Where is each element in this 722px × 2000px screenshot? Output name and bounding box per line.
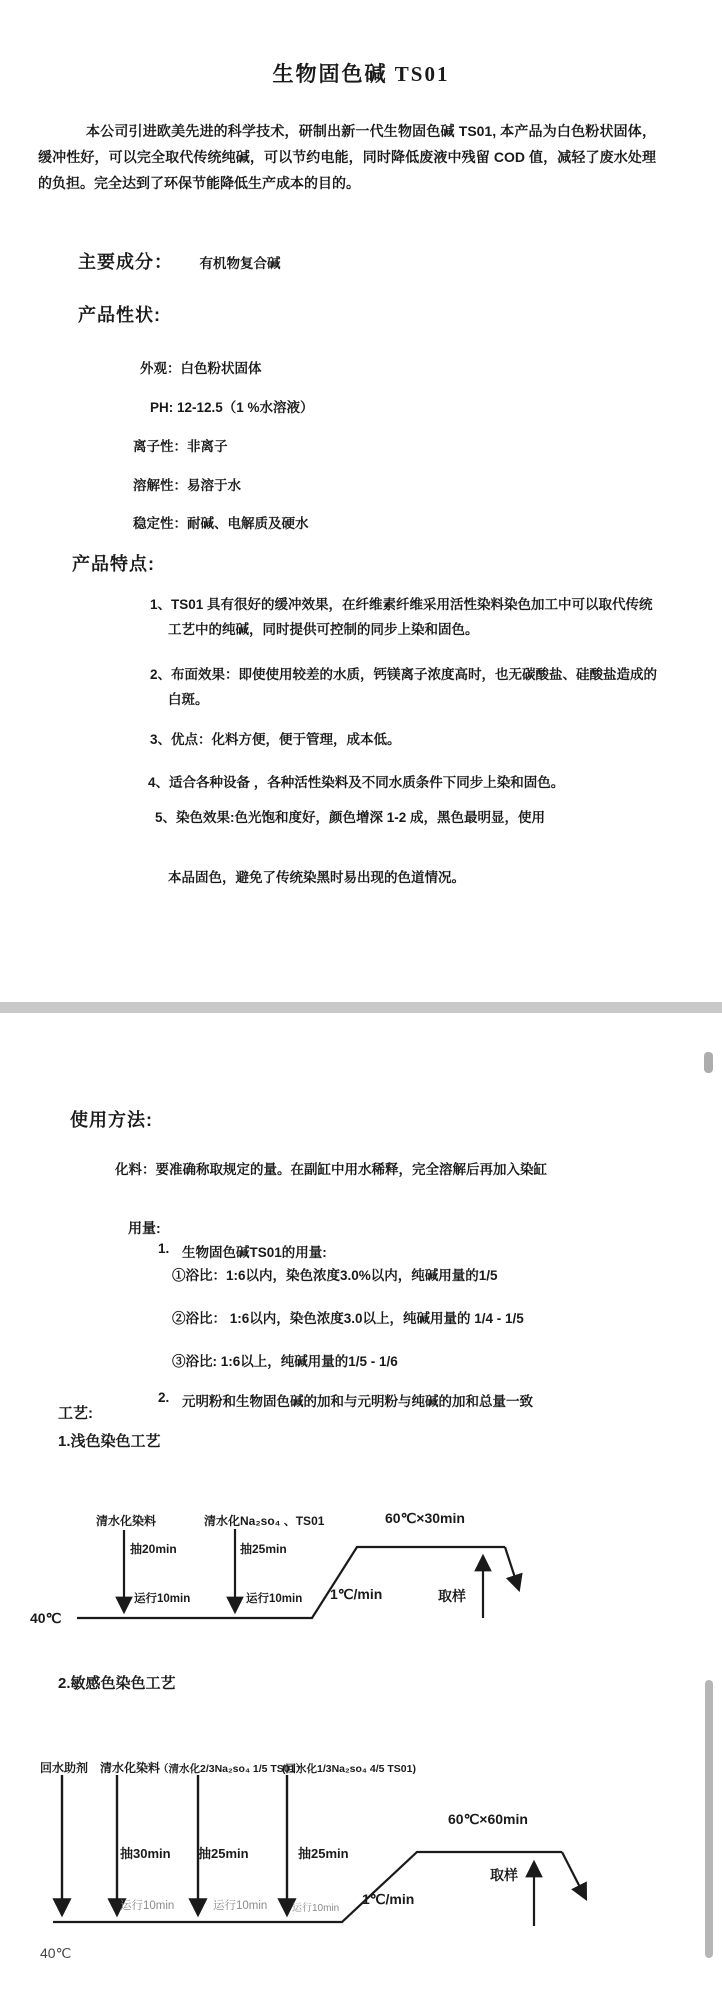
diagram2-run2-label: 运行10min [213, 1897, 267, 1913]
property-appearance: 外观：白色粉状固体 [140, 357, 262, 377]
dosage-item-2: 2. 元明粉和生物固色碱的加和与元明粉与纯碱的加和总量一致 [158, 1390, 533, 1410]
diagram2-ramp-rate: 1℃/min [362, 1891, 414, 1908]
dosage-heading: 用量: [128, 1218, 161, 1238]
diagram2-alkali2-label: (回水化1/3Na₂so₄ 4/5 TS01) [282, 1761, 416, 1776]
diagram1-pump1-label: 抽20min [130, 1540, 177, 1557]
diagram1-run2-label: 运行10min [246, 1590, 302, 1606]
properties-heading: 产品性状: [78, 301, 161, 327]
diagram2-start-temp: 40℃ [40, 1945, 71, 1962]
main-ingredients-row: 主要成分： 有机物复合碱 [78, 248, 280, 274]
diagram2-pump2-label: 抽25min [198, 1843, 249, 1862]
document-viewer: 生物固色碱 TS01 本公司引进欧美先进的科学技术，研制出新一代生物固色碱 TS… [0, 0, 722, 2000]
feature-item-2: 2、布面效果：即使使用较差的水质，钙镁离子浓度高时，也无碳酸盐、硅酸盐造成的白斑… [150, 662, 666, 712]
diagram2-run3-label: 运行10min [292, 1899, 339, 1914]
process-heading: 工艺: [58, 1402, 93, 1423]
diagram2-aux-label: 回水助剂 [40, 1759, 88, 1776]
diagram2-hold-label: 60℃×60min [448, 1811, 528, 1828]
property-ph: PH: 12-12.5（1 %水溶液） [150, 396, 314, 416]
diagram2-pump1-label: 抽30min [120, 1843, 171, 1862]
diagram1-ramp-rate: 1℃/min [330, 1586, 382, 1603]
diagram1-start-temp: 40℃ [30, 1610, 61, 1627]
intro-paragraph: 本公司引进欧美先进的科学技术，研制出新一代生物固色碱 TS01, 本产品为白色粉… [38, 118, 656, 196]
page-1: 生物固色碱 TS01 本公司引进欧美先进的科学技术，研制出新一代生物固色碱 TS… [0, 0, 722, 1002]
diagram1-dye-label: 清水化染料 [96, 1512, 156, 1529]
dosage-sub-1: ①浴比：1:6以内，染色浓度3.0%以内，纯碱用量的1/5 [172, 1264, 498, 1284]
temperature-curve-2 [0, 1745, 722, 1980]
feature-item-5: 5、染色效果:色光饱和度好，颜色增深 1-2 成，黑色最明显，使用 [155, 805, 693, 830]
feature-item-3: 3、优点：化料方便，便于管理，成本低。 [150, 727, 688, 752]
dosage-item-1-text: 生物固色碱TS01的用量: [182, 1241, 327, 1261]
property-stability: 稳定性：耐碱、电解质及硬水 [133, 512, 309, 532]
process1-heading: 1.浅色染色工艺 [58, 1430, 161, 1451]
prep-line: 化料：要准确称取规定的量。在副缸中用水稀释，完全溶解后再加入染缸 [115, 1158, 547, 1178]
dosage-item-1: 1. 生物固色碱TS01的用量: [158, 1241, 327, 1261]
list-number: 1. [158, 1241, 182, 1261]
diagram1-alkali-label: 清水化Na₂so₄ 、TS01 [204, 1512, 324, 1529]
main-ingredients-label: 主要成分： [78, 252, 173, 272]
process-diagram-light-color: 清水化染料 清水化Na₂so₄ 、TS01 60℃×30min 抽20min 抽… [0, 1500, 722, 1645]
features-heading: 产品特点: [72, 550, 155, 576]
diagram2-pump3-label: 抽25min [298, 1843, 349, 1862]
diagram1-sample-label: 取样 [438, 1586, 466, 1606]
main-ingredients-value: 有机物复合碱 [199, 256, 280, 271]
page-separator [0, 1002, 722, 1013]
feature-item-4: 4、适合各种设备 ，各种活性染料及不同水质条件下同步上染和固色。 [148, 770, 696, 795]
property-ionicity: 离子性：非离子 [133, 435, 228, 455]
dosage-item-2-text: 元明粉和生物固色碱的加和与元明粉与纯碱的加和总量一致 [182, 1390, 533, 1410]
diagram2-sample-label: 取样 [490, 1865, 518, 1885]
property-solubility: 溶解性：易溶于水 [133, 474, 241, 494]
diagram1-hold-label: 60℃×30min [385, 1510, 465, 1527]
dosage-sub-2: ②浴比： 1:6以内，染色浓度3.0以上，纯碱用量的 1/4 - 1/5 [172, 1307, 524, 1327]
process-diagram-sensitive-color: 回水助剂 清水化染料 （清水化2/3Na₂so₄ 1/5 TS01） (回水化1… [0, 1745, 722, 1980]
diagram2-dye-label: 清水化染料 [100, 1759, 160, 1776]
usage-heading: 使用方法: [70, 1106, 153, 1132]
page-title: 生物固色碱 TS01 [0, 58, 722, 88]
list-number: 2. [158, 1390, 182, 1410]
features-note: 本品固色，避免了传统染黑时易出现的色道情况。 [168, 866, 465, 886]
process2-heading: 2.敏感色染色工艺 [58, 1672, 176, 1693]
diagram1-pump2-label: 抽25min [240, 1540, 287, 1557]
dosage-sub-3: ③浴比: 1:6以上，纯碱用量的1/5 - 1/6 [172, 1350, 398, 1370]
diagram2-run1-label: 运行10min [120, 1897, 174, 1913]
feature-item-1: 1、TS01 具有很好的缓冲效果，在纤维素纤维采用活性染料染色加工中可以取代传统… [150, 592, 666, 642]
diagram1-run1-label: 运行10min [134, 1590, 190, 1606]
